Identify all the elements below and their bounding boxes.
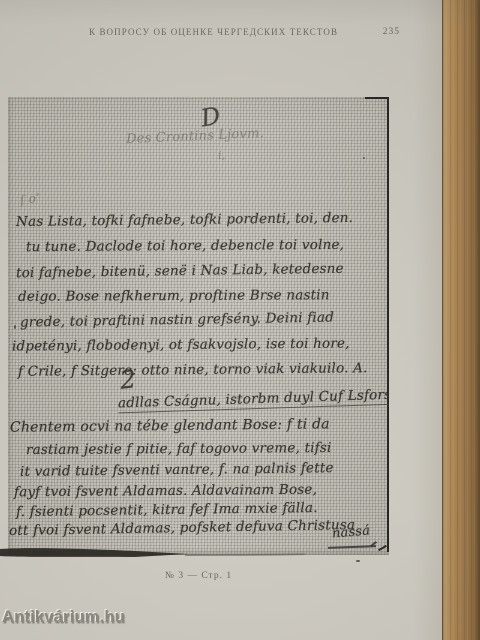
manuscript-title-line: Des Crontins Ljovm.	[126, 126, 264, 147]
manuscript-line: Chentem ocvi na tébe glendant Bose: f ti…	[10, 416, 330, 435]
manuscript-section-flourish: 2	[119, 364, 138, 395]
stray-mark	[356, 560, 360, 562]
manuscript-opening-mark: ſ oʼ	[19, 191, 41, 208]
photo-bottom-ink-smear	[0, 546, 310, 560]
manuscript-line: rastiam jestie f pitie, faf togovo vreme…	[26, 440, 332, 458]
photo-corner-tick	[378, 545, 387, 551]
manuscript-signature: nassá	[331, 523, 370, 541]
manuscript-line: Nas Lista, tofki fafnebe, tofki pordenti…	[16, 210, 353, 230]
scanned-book-page: К ВОПРОСУ ОБ ОЦЕНКЕ ЧЕРГЕДСКИХ ТЕКСТОВ 2…	[0, 0, 480, 640]
figure-caption: № 3 — Стр. 1	[8, 571, 389, 581]
photo-top-border	[365, 97, 389, 99]
manuscript-line: f. fsienti pocsentit, kitra fef Ima mxie…	[16, 500, 318, 520]
manuscript-line: fayf tvoi fsvent Aldamas. Aldavainam Bos…	[14, 482, 317, 501]
watermark: Antikvárium.hu	[2, 608, 125, 627]
page-number: 235	[360, 27, 400, 37]
signature-underline	[328, 545, 376, 548]
manuscript-line: idpetényi, flobodenyi, ot fsakvojslo, is…	[12, 336, 350, 355]
manuscript-line: deigo. Bose nefkherum, proftine Brse nas…	[18, 287, 330, 305]
manuscript-line: grede, toi praftini nastin grefsény. Dei…	[20, 310, 334, 331]
manuscript-line: it varid tuite fsventi vantre, f. na pal…	[20, 460, 334, 480]
manuscript-line: f Crile, f Sitgere: otto nine, torno via…	[18, 360, 368, 380]
manuscript-line: toi fafnebe, bitenü, senë i Nas Liab, ke…	[16, 261, 344, 282]
manuscript-line: ott fvoi fsvent Aldamas, pofsket defuva …	[9, 517, 355, 539]
manuscript-line: tu tune. Daclode toi hore, debencle toi …	[26, 237, 344, 255]
photo-right-border	[387, 98, 389, 552]
wood-background-strip	[442, 0, 480, 640]
manuscript-photo: D Des Crontins Ljovm. i, ſ oʼ Nas Lista,…	[8, 97, 389, 555]
manuscript-section-heading: adllas Cságnu, istorbm duyl Cuf Lsfors.	[118, 387, 389, 414]
ink-speck	[363, 157, 365, 159]
ink-speck	[14, 325, 16, 329]
running-head-title: К ВОПРОСУ ОБ ОЦЕНКЕ ЧЕРГЕДСКИХ ТЕКСТОВ	[89, 27, 349, 37]
manuscript-title-submark: i,	[218, 149, 225, 162]
